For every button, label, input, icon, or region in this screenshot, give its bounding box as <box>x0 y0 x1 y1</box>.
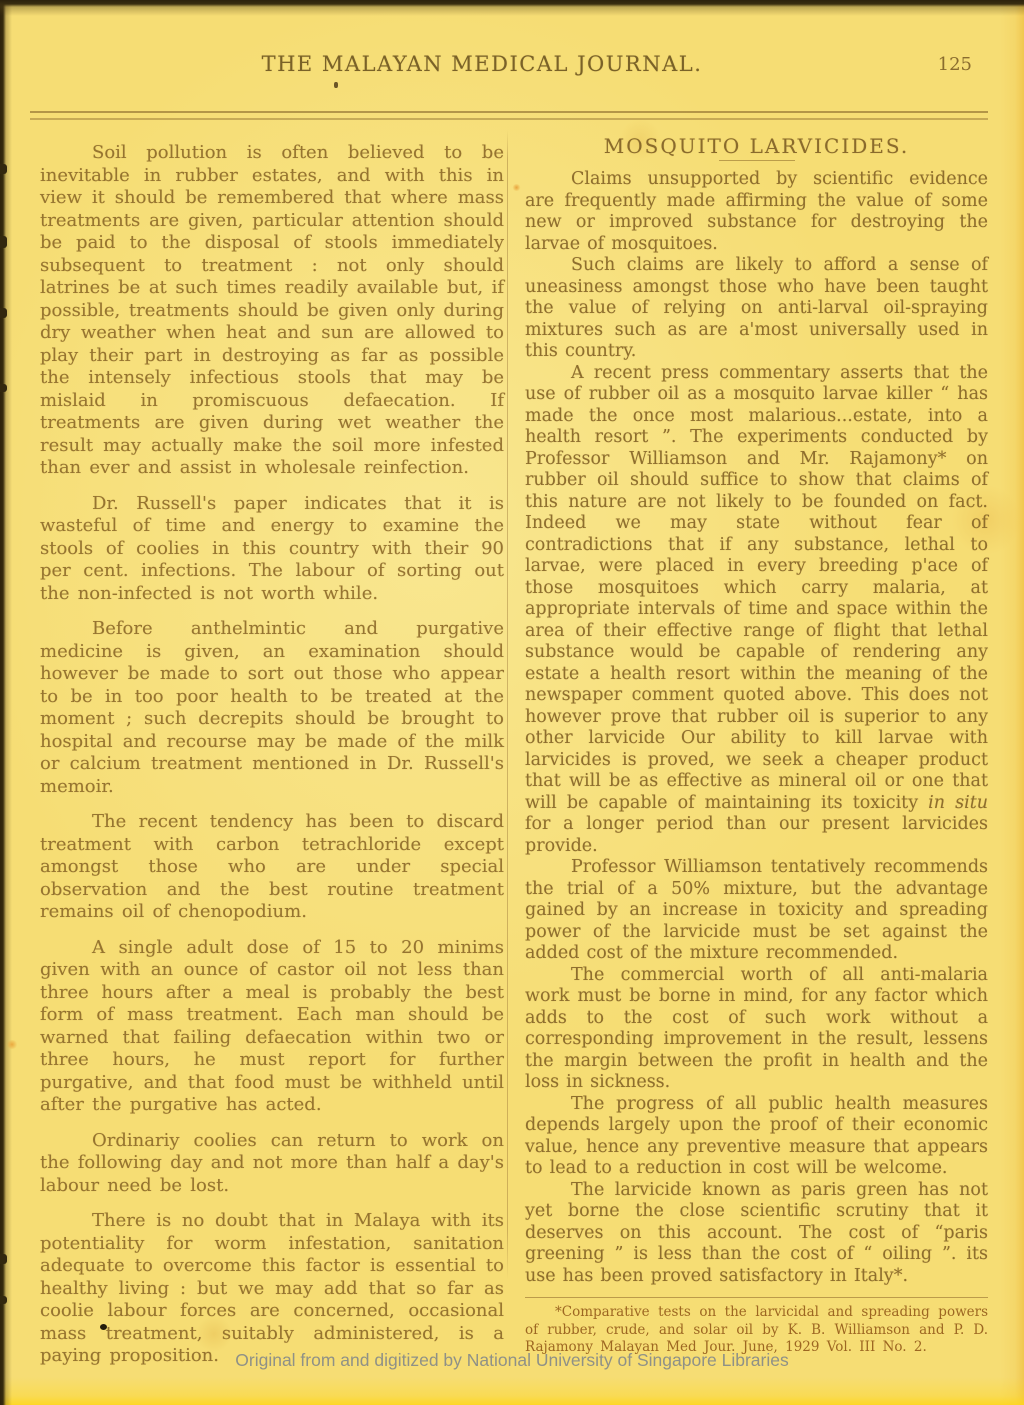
ink-dot-artifact <box>100 1324 107 1330</box>
stain-speck <box>6 1040 18 1049</box>
scan-artifact <box>0 164 7 174</box>
paragraph-text: A recent press commentary asserts that t… <box>525 363 988 813</box>
page-number: 125 <box>938 54 972 75</box>
paragraph: Dr. Russell's paper indicates that it is… <box>40 493 504 606</box>
paragraph: The larvicide known as paris green has n… <box>525 1180 988 1288</box>
footnote: *Comparative tests on the larvicidal and… <box>525 1297 988 1357</box>
scan-artifact <box>0 236 7 248</box>
header-rule <box>30 111 988 120</box>
scan-artifact <box>0 308 7 318</box>
stain-speck <box>512 184 521 191</box>
paragraph: Ordinariy coolies can return to work on … <box>40 1130 504 1198</box>
paragraph: The recent tendency has been to discard … <box>40 811 504 924</box>
paragraph: The progress of all public health measur… <box>525 1094 988 1180</box>
journal-page: THE MALAYAN MEDICAL JOURNAL. 125 Soil po… <box>0 0 1024 1405</box>
paragraph: Soil pollution is often believed to be i… <box>40 142 504 480</box>
paragraph: A single adult dose of 15 to 20 minims g… <box>40 937 504 1117</box>
scan-artifact <box>0 1296 7 1304</box>
digitization-watermark: Original from and digitized by National … <box>0 1350 1024 1371</box>
paragraph: Before anthelmintic and purgative medici… <box>40 618 504 798</box>
paragraph: Professor Williamson tentatively recomme… <box>525 857 988 965</box>
right-column: MOSQUITO LARVICIDES. Claims unsupported … <box>508 130 988 1381</box>
latin-phrase: in situ <box>928 793 988 813</box>
article-heading: MOSQUITO LARVICIDES. <box>525 134 988 158</box>
left-column: Soil pollution is often believed to be i… <box>40 130 504 1381</box>
paragraph: Claims unsupported by scientific evidenc… <box>525 169 988 255</box>
journal-title: THE MALAYAN MEDICAL JOURNAL. <box>0 52 964 76</box>
paragraph: Such claims are likely to afford a sense… <box>525 255 988 363</box>
stain-speck <box>334 82 338 88</box>
scan-artifact <box>0 384 7 392</box>
heading-underline <box>719 160 795 161</box>
paragraph-text: for a longer period than our present lar… <box>525 814 988 856</box>
paragraph: A recent press commentary asserts that t… <box>525 363 988 858</box>
page-columns: Soil pollution is often believed to be i… <box>40 130 988 1381</box>
paragraph: The commercial worth of all anti-malaria… <box>525 965 988 1094</box>
scan-artifact <box>0 1254 7 1264</box>
paragraph: There is no doubt that in Malaya with it… <box>40 1210 504 1368</box>
